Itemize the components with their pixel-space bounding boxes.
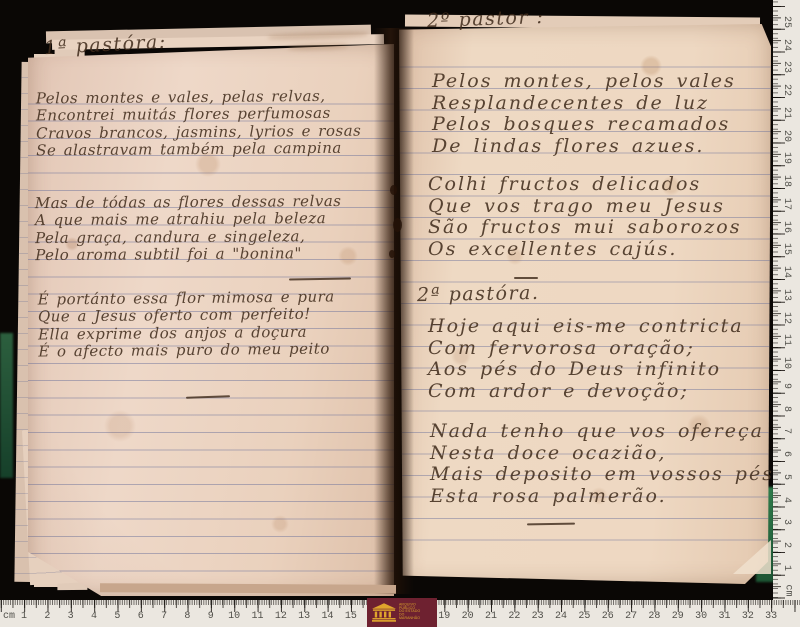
ruler-number: 3 [68,611,74,622]
ruler-number: 12 [780,310,794,326]
ruler-number: 26 [602,611,614,622]
ruler-number: 31 [718,611,730,622]
poem-line: Resplandecentes de luz [432,93,736,115]
poem-line: Mais deposito em vossos pés [430,464,774,486]
poem-line: Nada tenho que vos ofereça [430,421,774,443]
poem-line: Pelos montes, pelos vales [432,71,736,93]
ink-stain [390,185,397,195]
poem-line: Que vos trago meu Jesus [428,196,741,218]
ruler-number: 22 [780,82,794,98]
poem-line: Os excellentes cajús. [428,239,741,261]
poem-line: Pelo aroma subtil foi a "bonina" [35,245,342,264]
right-page-heading-2: 2ª pastóra. [417,282,540,306]
archive-building-icon [372,603,396,622]
ruler-number: 1 [21,611,27,622]
ruler-number: 16 [780,219,794,235]
ruler-number: 14 [780,264,794,280]
poem-line: Hoje aqui eis-me contricta [428,316,744,338]
ruler-number: 7 [161,611,167,622]
ruler-number: 11 [780,332,794,348]
poem-line: Com ardor e devoção; [428,381,744,403]
ruler-number: 2 [780,537,794,553]
ruler-number: 19 [780,150,794,166]
poem-line: Colhi fructos delicados [428,174,741,196]
ruler-number: 11 [251,611,263,622]
poem-stanza: Mas de tódas as flores dessas relvasA qu… [35,193,342,264]
ruler-number: 8 [184,611,190,622]
poem-stanza: Colhi fructos delicadosQue vos trago meu… [428,174,741,260]
poem-line: Se alastravam também pela campina [36,139,361,159]
ruler-number: 30 [695,611,707,622]
poem-line: De lindas flores azues. [432,136,736,158]
poem-stanza: Pelos montes e vales, pelas relvas,Encon… [36,88,362,160]
right-page-heading-1: 2º pastor : [427,6,545,32]
ruler-number: 13 [298,611,310,622]
poem-line: Com fervorosa oração; [428,338,744,360]
ruler-number: 18 [780,173,794,189]
ruler-number: 25 [578,611,590,622]
book-gutter-shadow [374,28,414,594]
ruler-number: 13 [780,287,794,303]
ruler-number: 15 [780,241,794,257]
ruler-number: 9 [208,611,214,622]
ruler-number: 29 [672,611,684,622]
poem-line: Nesta doce ocazião, [430,443,774,465]
page-under-edge [100,583,396,594]
ruler-number: 1 [780,560,794,576]
poem-line: Esta rosa palmerão. [430,486,774,508]
ink-stain [389,250,395,258]
ruler-number: 9 [780,378,794,394]
ruler-number: 6 [780,446,794,462]
ruler-number: 25 [780,14,794,30]
ruler-number: 17 [780,196,794,212]
ruler-number: 15 [345,611,357,622]
ruler-number: 4 [91,611,97,622]
ruler-number: 33 [765,611,777,622]
poem-line: Aos pés do Deus infinito [428,359,744,381]
ruler-number: 20 [780,128,794,144]
ruler-number: 5 [780,469,794,485]
poem-stanza: Nada tenho que vos ofereçaNesta doce oca… [430,421,774,507]
ruler-number: 24 [780,37,794,53]
ruler-number: 19 [438,611,450,622]
poem-line: É o afecto mais puro do meu peito [38,340,335,360]
ink-stain [393,218,402,232]
ruler-number: 23 [532,611,544,622]
ruler-vertical: cm 1234567891011121314151617181920212223… [773,0,800,600]
archive-logo: ARQUIVOPÚBLICODO ESTADODO MARANHÃO [367,598,437,627]
archive-logo-text: ARQUIVOPÚBLICODO ESTADODO MARANHÃO [399,604,421,620]
ruler-number: 10 [780,355,794,371]
ruler-unit-label: cm [3,611,15,622]
ruler-number: 3 [780,514,794,530]
stanza-end-dash [514,277,538,279]
ruler-number: 8 [780,401,794,417]
ruler-number: 5 [114,611,120,622]
table-green-patch-left [0,333,13,478]
poem-line: Pelos bosques recamados [432,114,736,136]
ruler-number: 4 [780,492,794,508]
ruler-number: 12 [275,611,287,622]
poem-stanza: Pelos montes, pelos valesResplandecentes… [432,71,736,157]
ruler-number: 7 [780,423,794,439]
ruler-number: 10 [228,611,240,622]
poem-line: São fructos mui saborozos [428,217,741,239]
ruler-number: 21 [485,611,497,622]
ruler-number: 28 [648,611,660,622]
ruler-number: 22 [508,611,520,622]
poem-stanza: Hoje aqui eis-me contrictaCom fervorosa … [428,316,744,402]
ruler-number: 21 [780,105,794,121]
poem-stanza: É portánto essa flor mimosa e puraQue a … [38,288,336,360]
ruler-number: 14 [322,611,334,622]
archival-photo: { "document": { "type": "handwritten not… [0,0,800,627]
ruler-number: 27 [625,611,637,622]
archive-logo-text-line: DO MARANHÃO [399,614,421,621]
ruler-number: 23 [780,59,794,75]
ruler-unit-label: cm [783,584,794,596]
ruler-number: 6 [138,611,144,622]
ruler-number: 24 [555,611,567,622]
ruler-number: 32 [742,611,754,622]
ruler-number: 20 [462,611,474,622]
ruler-number: 2 [44,611,50,622]
